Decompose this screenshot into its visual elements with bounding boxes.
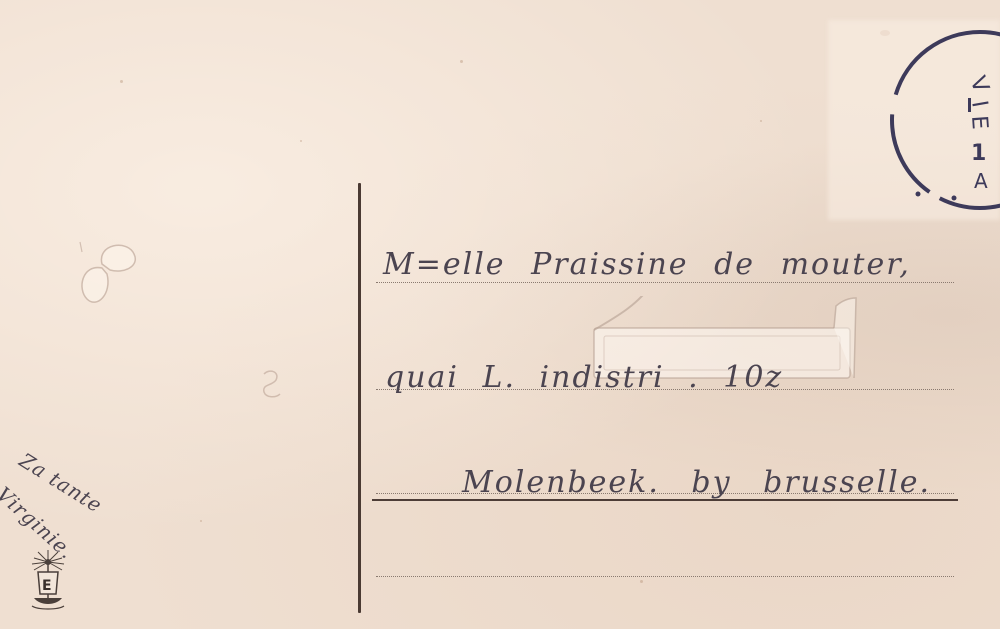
embossed-clover-icon [72,234,142,309]
paper-speck [300,140,302,142]
vertical-divider [358,183,361,613]
paper-speck [760,120,762,122]
paper-speck [120,80,123,83]
postmark-stamp-icon: V I E 1 A [880,28,1000,228]
address-line-1: M=elle Praissine de mouter, [383,247,911,282]
publisher-logo-letter: E [42,578,52,594]
svg-text:E: E [966,115,992,131]
postmark-text: V [964,73,993,96]
address-line-2: quai L. indistri . 10z [385,360,783,395]
address-line-3: Molenbeek. by brusselle. [462,465,931,500]
paper-speck [200,520,202,522]
postmark-letter: A [974,169,988,193]
address-dotted-line-4 [376,576,954,577]
postmark-numeral: 1 [971,141,986,166]
address-dotted-line-1 [376,282,954,283]
paper-speck [640,580,643,583]
publisher-logo-icon: E [28,550,68,612]
embossed-ornament-icon [250,364,290,404]
paper-speck [460,60,463,63]
